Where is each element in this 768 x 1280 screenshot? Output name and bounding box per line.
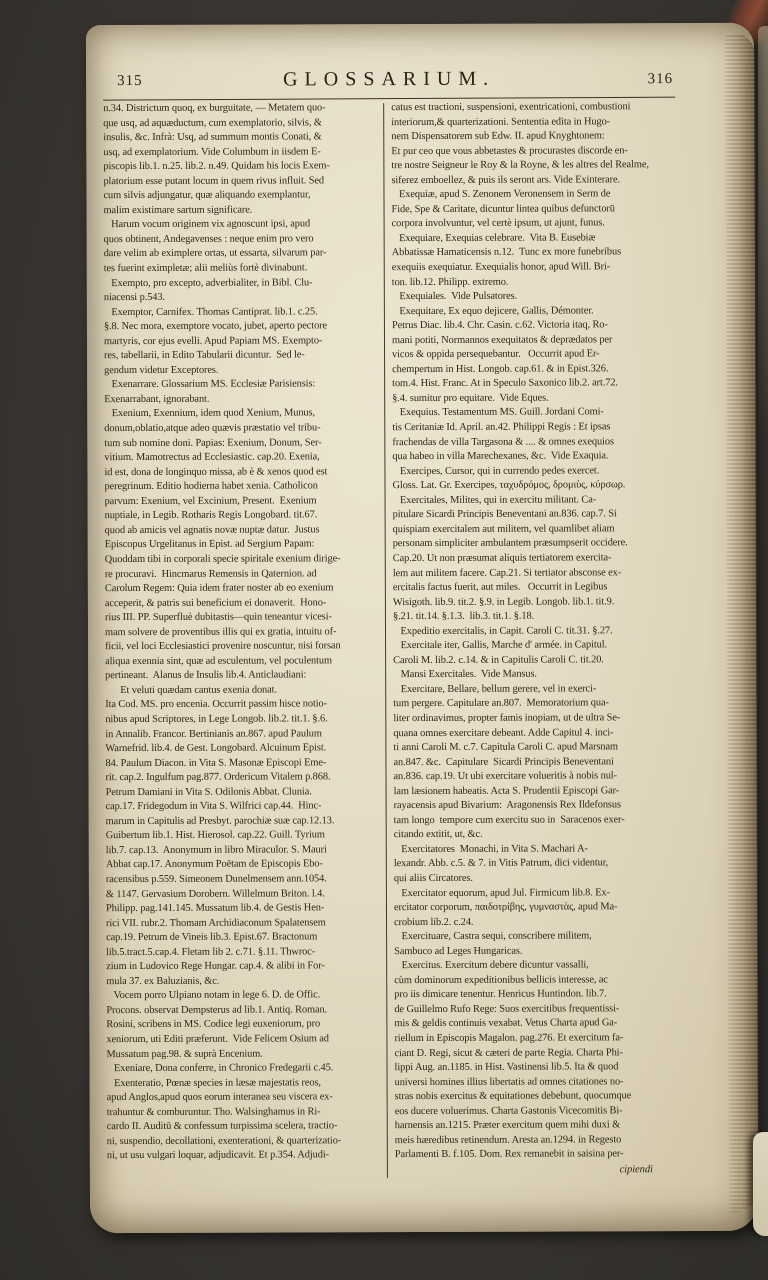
text-line: cùm dominorum expeditionibus bellicis in… (394, 973, 678, 989)
text-line: Exequius. Testamentum MS. Guill. Jordani… (392, 406, 676, 422)
text-line: rici VII. rubr.2. Thomam Archidiaconum S… (106, 916, 383, 932)
text-columns: n.34. Districtum quoq, ex burguitate, — … (103, 100, 679, 1179)
text-line: liter ordinavimus, propter famis inopiam… (393, 711, 677, 727)
text-line: interiorum,& quarterizationi. Sententia … (391, 115, 675, 131)
text-line: cap.19. Petrum de Vineis lib.3. Epist.67… (106, 930, 383, 946)
text-line: Et pur ceo que vous abbetastes & procura… (391, 144, 675, 160)
text-line: tis Ceritaniæ Id. April. an.42. Philippi… (392, 420, 676, 436)
text-line: Exenteratio, Pœnæ species in læsæ majest… (107, 1076, 384, 1092)
text-line: quana omnes exercitare debeant. Adde Cap… (393, 726, 677, 742)
adjacent-page-edge-top (758, 26, 768, 446)
text-line: harnensis an.1215. Præter exercitum quem… (395, 1118, 679, 1134)
text-line: Vocem porro Ulpiano notam in lege 6. D. … (106, 988, 383, 1004)
adjacent-page-corner (753, 1132, 768, 1236)
text-line: Parlamenti B. f.105. Dom. Rex remanebit … (395, 1147, 679, 1163)
running-title: GLOSSARIUM. (103, 67, 675, 92)
text-line: Exercituare, Castra sequi, conscribere m… (394, 929, 678, 945)
text-line: pro iis dimicare tenentur. Henricus Hunt… (394, 987, 678, 1003)
text-line: §.8. Nec mora, exemptore vocato, jubet, … (104, 319, 381, 335)
text-line: Exequiare, Exequias celebrare. Vita B. E… (392, 231, 676, 247)
text-line: Warnefrid. lib.4. de Gest. Longobard. Al… (105, 741, 382, 757)
text-line: ficii, vel loci Ecclesiastici provenire … (105, 639, 382, 655)
text-line: Harum vocum originem vix agnoscunt ipsi,… (104, 218, 381, 234)
text-line: xeniorum, uti Editi præferunt. Vide Feli… (106, 1032, 383, 1048)
text-line: malim existimare sartum significare. (104, 203, 381, 219)
text-line: ni, ut usu vulgari loquar, adjudicavit. … (107, 1149, 384, 1165)
text-line: tom.4. Hist. Franc. At in Speculo Saxoni… (392, 377, 676, 393)
text-line: mis & geldis continuis vexabat. Vetus Ch… (394, 1017, 678, 1033)
text-line: Guibertum lib.1. Hist. Hierosol. cap.22.… (106, 828, 383, 844)
text-line: Philipp. pag.141.145. Mussatum lib.4. de… (106, 901, 383, 917)
text-line: §.21. tit.14. §.1.3. lib.3. tit.1. §.18. (393, 609, 677, 625)
text-line: eos ducere voluerimus. Charta Gastonis V… (395, 1104, 679, 1120)
text-line: cap.17. Fridegodum in Vita S. Wilfrici c… (106, 799, 383, 815)
text-line: donum,oblatio,atque adeo quævis præstati… (104, 421, 381, 437)
left-column: n.34. Districtum quoq, ex burguitate, — … (103, 101, 387, 1179)
text-line: Exenium, Exennium, idem quod Xenium, Mun… (104, 407, 381, 423)
text-line: nuptiale, in Legib. Rotharis Regis Longo… (105, 508, 382, 524)
text-line: platorium esse putant locum in quem rivu… (103, 174, 380, 190)
scanned-book-photo: 315 GLOSSARIUM. 316 n.34. Districtum quo… (0, 0, 768, 1280)
text-line: niacensi p.543. (104, 290, 381, 306)
text-line: meis hæredibus retinendum. Aresta an.129… (395, 1133, 679, 1149)
text-line: tre nostre Seigneur le Roy & la Royne, &… (391, 158, 675, 174)
text-line: n.34. Districtum quoq, ex burguitate, — … (103, 101, 380, 117)
text-line: Expeditio exercitalis, in Capit. Caroli … (393, 624, 677, 640)
text-line: rit. cap.2. Ingulfum pag.877. Ordericum … (105, 770, 382, 786)
text-line: Et veluti quædam cantus exenia donat. (105, 683, 382, 699)
text-line: ercitator corporum, παιδοτρίβης, γυμναστ… (394, 900, 678, 916)
text-line: ton. lib.12. Philipp. extremo. (392, 275, 676, 291)
text-line: frachendas de villa Targasona & .... & o… (392, 435, 676, 451)
text-line: racensibus p.559. Simeonem Dunelmensem a… (106, 872, 383, 888)
text-line: Petrus Diac. lib.4. Chr. Casin. c.62. Vi… (392, 318, 676, 334)
text-line: res, tabellarii, in Edito Tabularii dicu… (104, 348, 381, 364)
text-line: vicos & oppida persequebantur. Occurrit … (392, 347, 676, 363)
text-line: mula 37. ex Baluzianis, &c. (106, 974, 383, 990)
right-column: catus est tractioni, suspensioni, exentr… (384, 100, 679, 1178)
text-line: an.836. cap.19. Ut ubi exercitare voluer… (393, 769, 677, 785)
text-line: Abbat cap.17. Anonymum Poëtam de Episcop… (106, 858, 383, 874)
text-line: dare velim ab eximplere ortas, ut essart… (104, 247, 381, 263)
text-line: Exercitale iter, Gallis, Marche d' armée… (393, 638, 677, 654)
text-line: Quoddam tibi in corporali specie spirita… (105, 552, 382, 568)
text-line: Exercitatores Monachi, in Vita S. Machar… (394, 842, 678, 858)
text-line: in Annalib. Francor. Bertinianis an.867.… (105, 727, 382, 743)
text-line: rius III. PP. Superfluè dubitastis—quin … (105, 610, 382, 626)
text-line: qua habeo in villa Marechexanes, &c. Vid… (392, 449, 676, 465)
folio-number-right: 316 (648, 71, 674, 88)
book-page: 315 GLOSSARIUM. 316 n.34. Districtum quo… (86, 23, 758, 1233)
text-line: Exercipes, Cursor, qui in currendo pedes… (392, 464, 676, 480)
text-line: Gloss. Lat. Gr. Exercipes, ταχυδρόμος, δ… (392, 478, 676, 494)
text-line: Petrum Damiani in Vita S. Odilonis Abbat… (106, 785, 383, 801)
text-line: mani potiti, Normannos exequitatos & dep… (392, 333, 676, 349)
text-line: Abbatissæ Hamaticensis n.12. Tunc ex mor… (392, 246, 676, 262)
text-line: 84. Paulum Diacon. in Vita S. Masonæ Epi… (105, 756, 382, 772)
text-line: que usq, ad aquæductum, cum exemplatorio… (103, 116, 380, 132)
text-line: ti anni Caroli M. c.7. Capitula Caroli C… (393, 740, 677, 756)
text-line: lam læsionem habeatis. Acta S. Prudentii… (394, 784, 678, 800)
text-line: crobium lib.2. c.24. (394, 915, 678, 931)
text-line: Rosini, scribens in MS. Codice legi euxe… (106, 1018, 383, 1034)
text-line: personam simpliciter ambulantem præsumps… (393, 537, 677, 553)
catchword: cipiendi (395, 1163, 679, 1179)
text-line: an.847. &c. Capitulare Sicardi Principis… (393, 755, 677, 771)
text-line: lib.7. cap.13. Anonymum in libro Miracul… (106, 843, 383, 859)
text-line: exequiis exequiatur. Exequialis honor, a… (392, 260, 676, 276)
text-line: Mansi Exercitales. Vide Mansus. (393, 667, 677, 683)
text-line: acceperit, & patris sui beneficium ei do… (105, 596, 382, 612)
text-line: rayacensis apud Bivarium: Aragonensis Re… (394, 798, 678, 814)
text-line: Exenarrare. Glossarium MS. Ecclesiæ Pari… (104, 378, 381, 394)
text-line: trahuntur & comburuntur. Tho. Walsingham… (107, 1105, 384, 1121)
text-line: zium in Ludovico Rege Hungar. cap.4. & a… (106, 959, 383, 975)
text-line: Exenarrabant, ignorabant. (104, 392, 381, 408)
text-line: & 1147. Gervasium Dorobern. Willelmum Br… (106, 887, 383, 903)
text-line: Exequiæ, apud S. Zenonem Veronensem in S… (391, 187, 675, 203)
text-line: Exercitare, Bellare, bellum gerere, vel … (393, 682, 677, 698)
text-line: ercitalis factus fuerit, aut miles. Occu… (393, 580, 677, 596)
text-line: tes fuerint eximpletæ; alii meliùs fortè… (104, 261, 381, 277)
text-line: Exequiales. Vide Pulsatores. (392, 289, 676, 305)
text-line: lippi Aug. an.1185. in Hist. Vastinensi … (395, 1060, 679, 1076)
text-line: riellum in Episcopis Magalon. pag.276. E… (394, 1031, 678, 1047)
text-line: re procuravi. Hincmarus Remensis in Qate… (105, 567, 382, 583)
text-line: Exemptor, Carnifex. Thomas Cantiprat. li… (104, 305, 381, 321)
page-fore-edge (725, 33, 759, 1213)
text-line: Cap.20. Ut non præsumat aliquis tertiato… (393, 551, 677, 567)
text-line: ciant D. Regi, sicut & cæteri de parte R… (394, 1046, 678, 1062)
text-line: catus est tractioni, suspensioni, exentr… (391, 100, 675, 116)
text-line: quod ab amicis vel agnatis novæ nuptæ da… (105, 523, 382, 539)
text-line: quos obtinent, Andegavenses : neque enim… (104, 232, 381, 248)
text-line: aliqua exennia sint, quæ ad esculentum, … (105, 654, 382, 670)
text-line: chempertum in Hist. Longob. cap.61. & in… (392, 362, 676, 378)
text-line: stras nobis exercitus & equitationes deb… (395, 1089, 679, 1105)
text-line: Exercitales, Milites, qui in exercitu mi… (393, 493, 677, 509)
text-line: pitulare Sicardi Principis Beneventani a… (393, 507, 677, 523)
text-line: usq, ad exemplatorium. Vide Columbum in … (103, 145, 380, 161)
text-line: id est, dona de longinquo missa, ab è & … (104, 465, 381, 481)
text-line: Exequitare, Ex equo dejicere, Gallis, Dé… (392, 304, 676, 320)
text-line: cum silvis adjungatur, quæ aliquando exe… (103, 188, 380, 204)
text-line: de Guillelmo Rufo Rege: Suos exercitibus… (394, 1002, 678, 1018)
text-line: Carolum Regem: Quia idem frater noster a… (105, 581, 382, 597)
text-line: §.4. sumitur pro equitare. Vide Eques. (392, 391, 676, 407)
text-line: tam longo tempore cum exercitu suo in Sa… (394, 813, 678, 829)
text-line: nem Dispensatorem sub Edw. II. apud Knyg… (391, 129, 675, 145)
text-line: lem aut militem facere. Cap.21. Si terti… (393, 566, 677, 582)
text-line: gendum videtur Exceptores. (104, 363, 381, 379)
text-line: Caroli M. lib.2. c.14. & in Capitulis Ca… (393, 653, 677, 669)
text-line: Ita Cod. MS. pro encenia. Occurrit passi… (105, 698, 382, 714)
text-line: Mussatum pag.98. & suprà Encenium. (106, 1047, 383, 1063)
text-line: lib.5.tract.5.cap.4. Fletam lib 2. c.71.… (106, 945, 383, 961)
text-line: ni, suspendio, decollationi, exenteratio… (107, 1134, 384, 1150)
text-line: apud Anglos,apud quos eorum interanea se… (107, 1090, 384, 1106)
text-line: piscopis lib.1. n.25. lib.2. n.49. Quida… (103, 159, 380, 175)
text-line: Episcopus Urgelitanus in Epist. ad Sergi… (105, 538, 382, 554)
text-line: qui aliis Circatores. (394, 871, 678, 887)
text-line: Exercitus. Exercitum debere dicuntur vas… (394, 958, 678, 974)
text-line: lexandr. Abb. c.5. & 7. in Vitis Patrum,… (394, 857, 678, 873)
right-column-lines: catus est tractioni, suspensioni, exentr… (391, 100, 679, 1163)
text-line: Fide, Spe & Caritate, dicuntur lintea qu… (392, 202, 676, 218)
text-line: pertineant. Alanus de Insulis lib.4. Ant… (105, 668, 382, 684)
text-line: tum pergere. Capitulare an.807. Memorato… (393, 697, 677, 713)
text-line: nibus apud Scriptores, in Lege Longob. l… (105, 712, 382, 728)
text-line: martyris, cor ejus evelli. Apud Papiam M… (104, 334, 381, 350)
text-line: Exeniare, Dona conferre, in Chronico Fre… (107, 1061, 384, 1077)
text-line: quispiam exercitalem aut militem, vel qu… (393, 522, 677, 538)
text-line: Exercitator equorum, apud Jul. Firmicum … (394, 886, 678, 902)
page-header: 315 GLOSSARIUM. 316 (103, 67, 675, 95)
text-line: Procons. observat Dempsterus ad lib.1. A… (106, 1003, 383, 1019)
text-line: tum sub nomine doni. Papias: Exenium, Do… (104, 436, 381, 452)
text-line: peregrinum. Editio hodierna habet xenia.… (104, 479, 381, 495)
text-line: corpora involvuntur, vel certè ipsum, ut… (392, 216, 676, 232)
text-line: insulis, &c. Infrà: Usq, ad summum monti… (103, 130, 380, 146)
text-line: cardo II. Auditū & confessum turpissima … (107, 1119, 384, 1135)
text-line: marum in Capitulis ad Presbyt. parochiæ … (106, 814, 383, 830)
page-content: 315 GLOSSARIUM. 316 n.34. Districtum quo… (103, 67, 679, 1179)
text-line: siferez emboellez, & puis ils seront ars… (391, 173, 675, 189)
text-line: mam solvere de proventibus illis qui ex … (105, 625, 382, 641)
text-line: Exempto, pro excepto, adverbialiter, in … (104, 276, 381, 292)
text-line: vitium. Mamotrectus ad Ecclesiastic. cap… (104, 450, 381, 466)
text-line: parvum: Exenium, vel Excinium, Present. … (105, 494, 382, 510)
text-line: universi homines illius libertatis ad om… (395, 1075, 679, 1091)
text-line: citando extitit, ut, &c. (394, 827, 678, 843)
text-line: Sambuco ad Leges Hungaricas. (394, 944, 678, 960)
text-line: Wisigoth. lib.9. tit.2. §.9. in Legib. L… (393, 595, 677, 611)
